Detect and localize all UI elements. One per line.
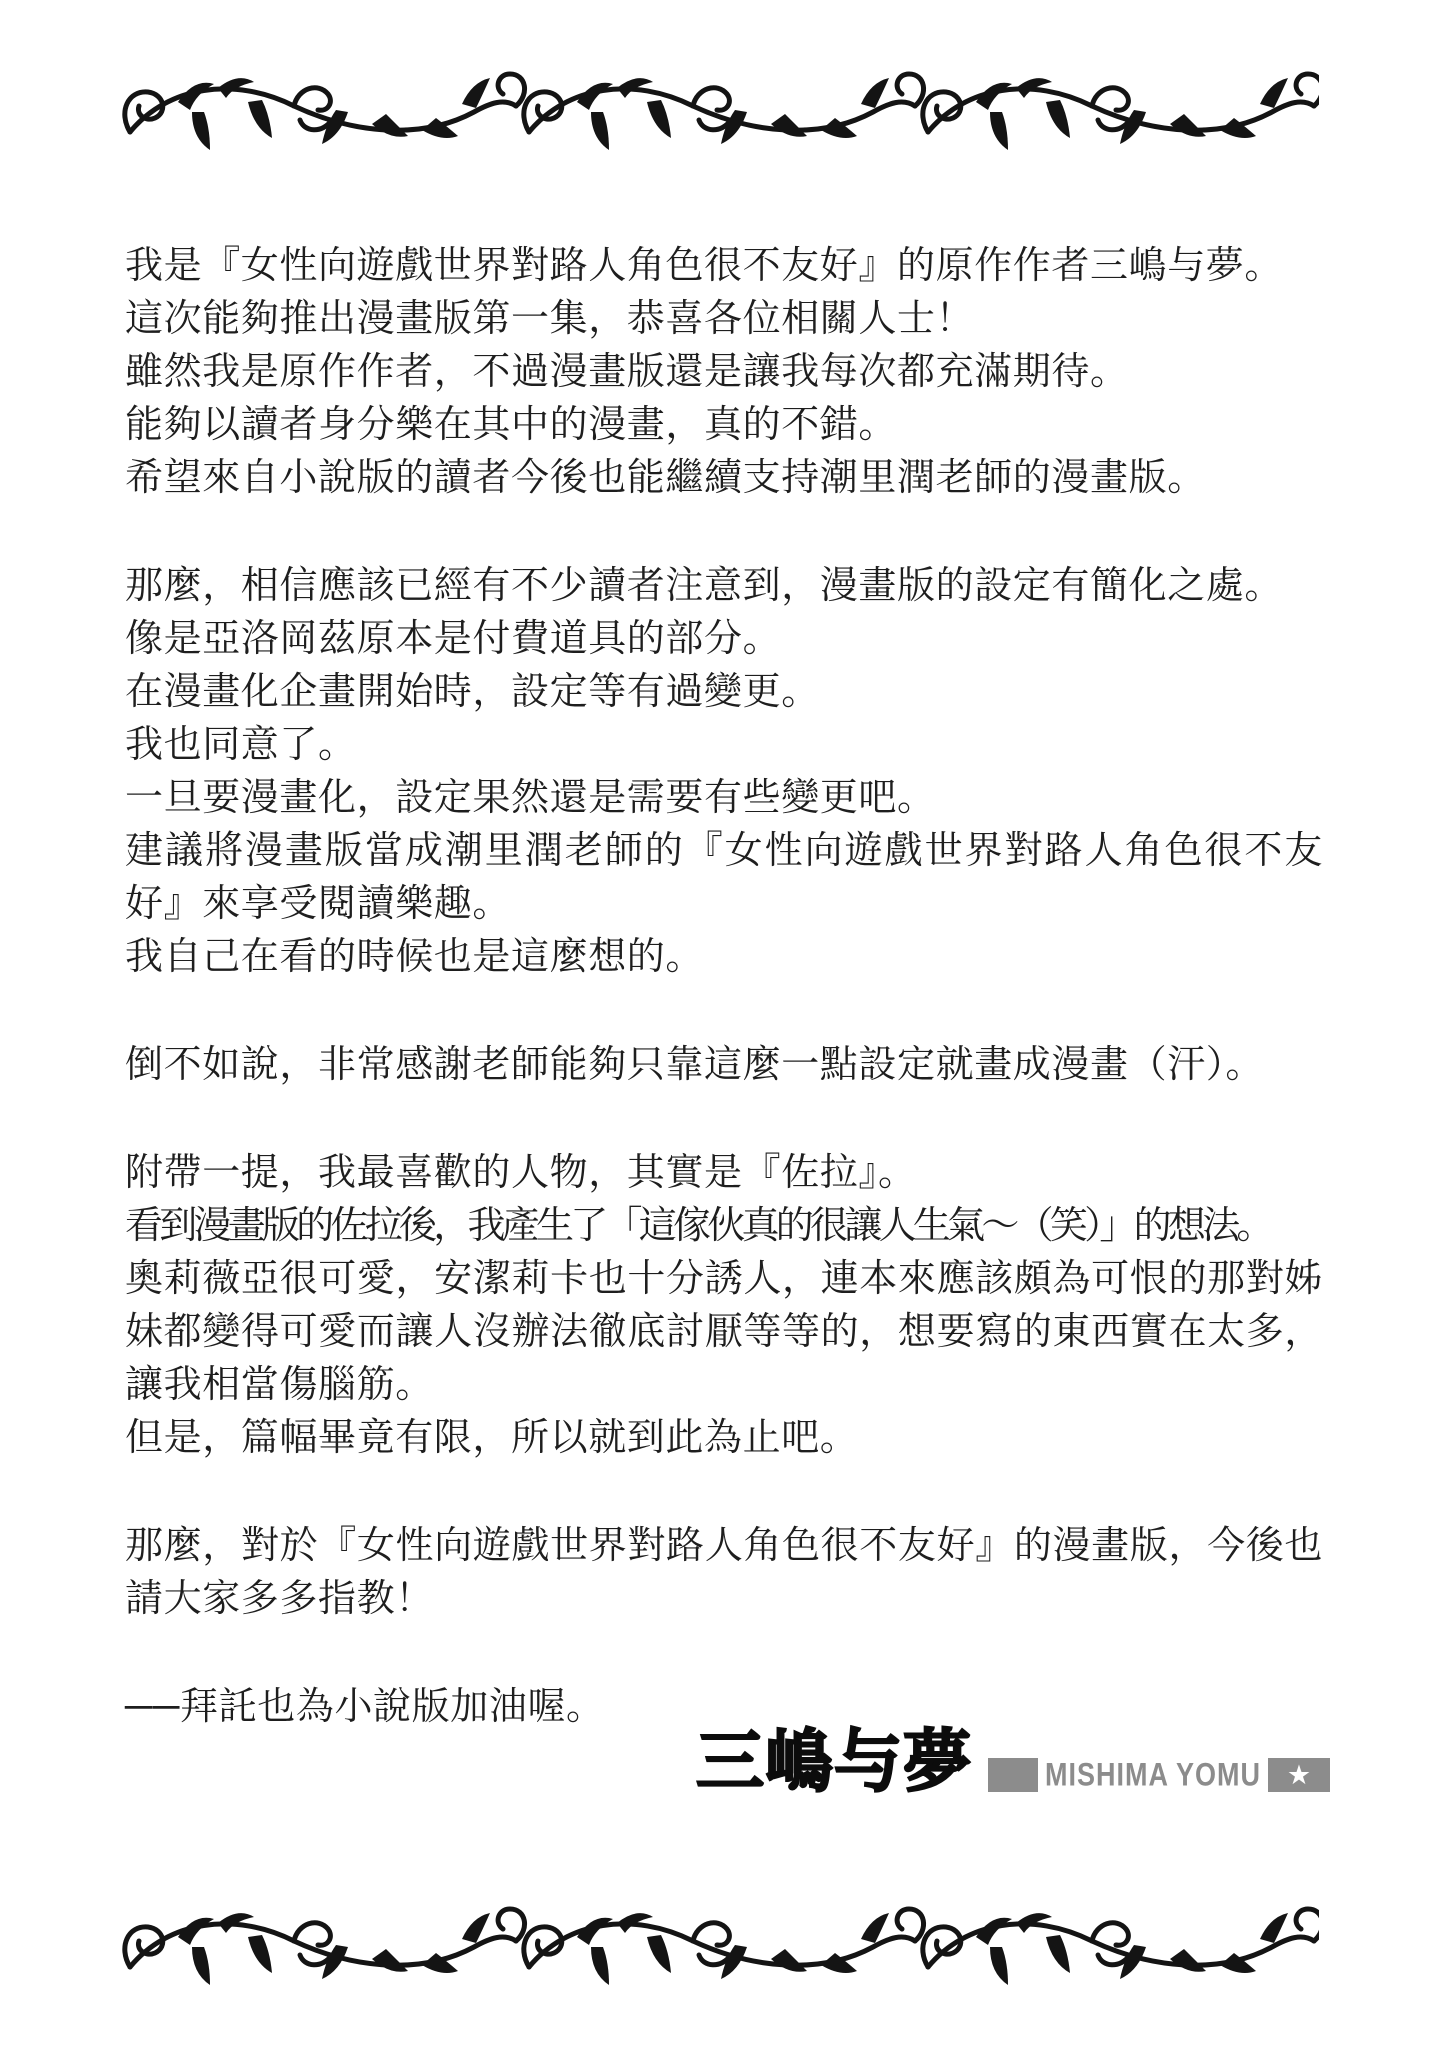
paragraph: 那麼，相信應該已經有不少讀者注意到，漫畫版的設定有簡化之處。像是亞洛岡茲原本是付… bbox=[125, 560, 1323, 984]
sentence-line: 一旦要漫畫化，設定果然還是需要有些變更吧。 bbox=[125, 772, 1323, 825]
sentence-line: 我自己在看的時候也是這麼想的。 bbox=[125, 931, 1323, 984]
sentence-line: 那麼，對於『女性向遊戲世界對路人角色很不友好』的漫畫版，今後也請大家多多指教！ bbox=[125, 1520, 1323, 1626]
floral-border-top bbox=[122, 68, 1319, 164]
sentence-line: 我是『女性向遊戲世界對路人角色很不友好』的原作作者三嶋与夢。 bbox=[125, 240, 1323, 293]
paragraph: 我是『女性向遊戲世界對路人角色很不友好』的原作作者三嶋与夢。這次能夠推出漫畫版第… bbox=[125, 240, 1323, 505]
gray-block-icon bbox=[988, 1758, 1038, 1792]
sentence-line: 奧莉薇亞很可愛，安潔莉卡也十分誘人，連本來應該頗為可恨的那對姊妹都變得可愛而讓人… bbox=[125, 1253, 1323, 1412]
sentence-line: 但是，篇幅畢竟有限，所以就到此為止吧。 bbox=[125, 1412, 1323, 1465]
vine-flourish-icon bbox=[122, 1903, 1319, 1999]
author-name: 三嶋与夢 bbox=[696, 1728, 972, 1796]
sentence-line: 像是亞洛岡茲原本是付費道具的部分。 bbox=[125, 613, 1323, 666]
author-name-romanized-strip: MISHIMA YOMU ★ bbox=[988, 1758, 1330, 1792]
sentence-line: 建議將漫畫版當成潮里潤老師的『女性向遊戲世界對路人角色很不友好』來享受閱讀樂趣。 bbox=[125, 825, 1323, 931]
sentence-line: 這次能夠推出漫畫版第一集，恭喜各位相關人士！ bbox=[125, 293, 1323, 346]
author-signature: 三嶋与夢 MISHIMA YOMU ★ bbox=[0, 1728, 1330, 1796]
paragraph: 附帶一提，我最喜歡的人物，其實是『佐拉』。看到漫畫版的佐拉後，我產生了「這傢伙真… bbox=[125, 1147, 1323, 1465]
floral-border-bottom bbox=[122, 1903, 1319, 1999]
sentence-line: 那麼，相信應該已經有不少讀者注意到，漫畫版的設定有簡化之處。 bbox=[125, 560, 1323, 613]
sentence-line: 希望來自小說版的讀者今後也能繼續支持潮里潤老師的漫畫版。 bbox=[125, 452, 1323, 505]
sentence-line: 我也同意了。 bbox=[125, 719, 1323, 772]
paragraph: 倒不如說，非常感謝老師能夠只靠這麼一點設定就畫成漫畫（汗）。 bbox=[125, 1039, 1323, 1092]
sentence-line: 附帶一提，我最喜歡的人物，其實是『佐拉』。 bbox=[125, 1147, 1323, 1200]
vine-flourish-icon bbox=[122, 68, 1319, 164]
paragraph: 那麼，對於『女性向遊戲世界對路人角色很不友好』的漫畫版，今後也請大家多多指教！ bbox=[125, 1520, 1323, 1626]
sentence-line: 倒不如說，非常感謝老師能夠只靠這麼一點設定就畫成漫畫（汗）。 bbox=[125, 1039, 1323, 1092]
sentence-line: 雖然我是原作作者，不過漫畫版還是讓我每次都充滿期待。 bbox=[125, 346, 1323, 399]
sentence-line: 看到漫畫版的佐拉後，我產生了「這傢伙真的很讓人生氣～（笑）」的想法。 bbox=[125, 1200, 1323, 1253]
author-name-romanized: MISHIMA YOMU bbox=[1045, 1759, 1261, 1791]
sentence-line: 能夠以讀者身分樂在其中的漫畫，真的不錯。 bbox=[125, 399, 1323, 452]
sentence-line: 在漫畫化企畫開始時，設定等有過變更。 bbox=[125, 666, 1323, 719]
afterword-body: 我是『女性向遊戲世界對路人角色很不友好』的原作作者三嶋与夢。這次能夠推出漫畫版第… bbox=[125, 240, 1323, 1734]
afterword-page: { "page": { "bg": "#ffffff", "text_color… bbox=[0, 0, 1440, 2048]
star-icon: ★ bbox=[1268, 1758, 1330, 1792]
